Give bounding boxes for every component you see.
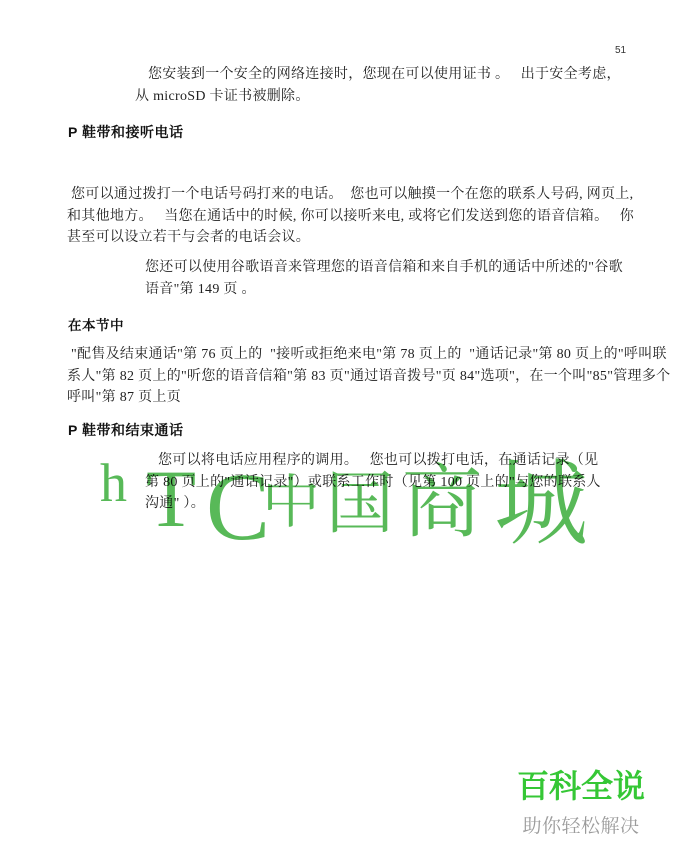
paragraph-toc-line-1: "配售及结束通话"第 76 页上的 "接听或拒绝来电"第 78 页上的 "通话记… [67, 344, 670, 366]
brand-title: 百科全说 [516, 761, 646, 807]
paragraph-calls: 您可以通过拨打一个电话号码打来的电话。 您也可以触摸一个在您的联系人号码, 网页… [67, 184, 634, 249]
page-number: 51 [615, 45, 626, 56]
paragraph-google-voice: 您还可以使用谷歌语音来管理您的语音信箱和来自手机的通话中所述的"谷歌 语音"第 … [145, 257, 623, 300]
paragraph-google-voice-line-2: 语音"第 149 页 。 [145, 279, 623, 301]
section-heading-answer-calls: P 鞋带和接听电话 [68, 122, 183, 142]
paragraph-google-voice-line-1: 您还可以使用谷歌语音来管理您的语音信箱和来自手机的通话中所述的"谷歌 [145, 257, 623, 279]
paragraph-certificate: 您安装到一个安全的网络连接时，您现在可以使用证书 。 出于安全考虑， 从 mic… [135, 64, 621, 107]
paragraph-toc-line-2: 系人"第 82 页上的"听您的语音信箱"第 83 页"通过语音拨号"页 84"选… [67, 366, 670, 388]
brand-subtitle: 助你轻松解决 [516, 811, 646, 838]
paragraph-calls-line-2: 和其他地方。 当您在通话中的时候, 你可以接听来电, 或将它们发送到您的语音信箱… [67, 206, 634, 228]
watermark-letter-h: h [100, 456, 127, 510]
paragraph-toc-line-3: 呼叫"第 87 页上页 [67, 387, 670, 409]
watermark-char-guo: 国 [326, 470, 394, 538]
paragraph-calls-line-1: 您可以通过拨打一个电话号码打来的电话。 您也可以触摸一个在您的联系人号码, 网页… [67, 184, 634, 206]
paragraph-certificate-line-1: 您安装到一个安全的网络连接时，您现在可以使用证书 。 出于安全考虑， [135, 64, 621, 86]
watermark-char-shang: 商 [402, 464, 482, 544]
paragraph-calls-line-3: 甚至可以设立若干与会者的电话会议。 [67, 227, 634, 249]
watermark-letter-t: T [146, 458, 196, 540]
section-heading-in-this-section: 在本节中 [68, 314, 124, 334]
watermark-char-zhong: 中 [262, 474, 320, 532]
brand-logo: 百科全说 助你轻松解决 [516, 761, 646, 838]
document-page: 51 您安装到一个安全的网络连接时，您现在可以使用证书 。 出于安全考虑， 从 … [0, 0, 692, 856]
watermark-letter-c: C [206, 459, 270, 555]
section-heading-end-calls: P 鞋带和结束通话 [68, 420, 183, 440]
paragraph-certificate-line-2: 从 microSD 卡证书被删除。 [135, 86, 621, 108]
paragraph-toc: "配售及结束通话"第 76 页上的 "接听或拒绝来电"第 78 页上的 "通话记… [67, 344, 670, 409]
watermark-char-cheng: 城 [494, 458, 588, 552]
